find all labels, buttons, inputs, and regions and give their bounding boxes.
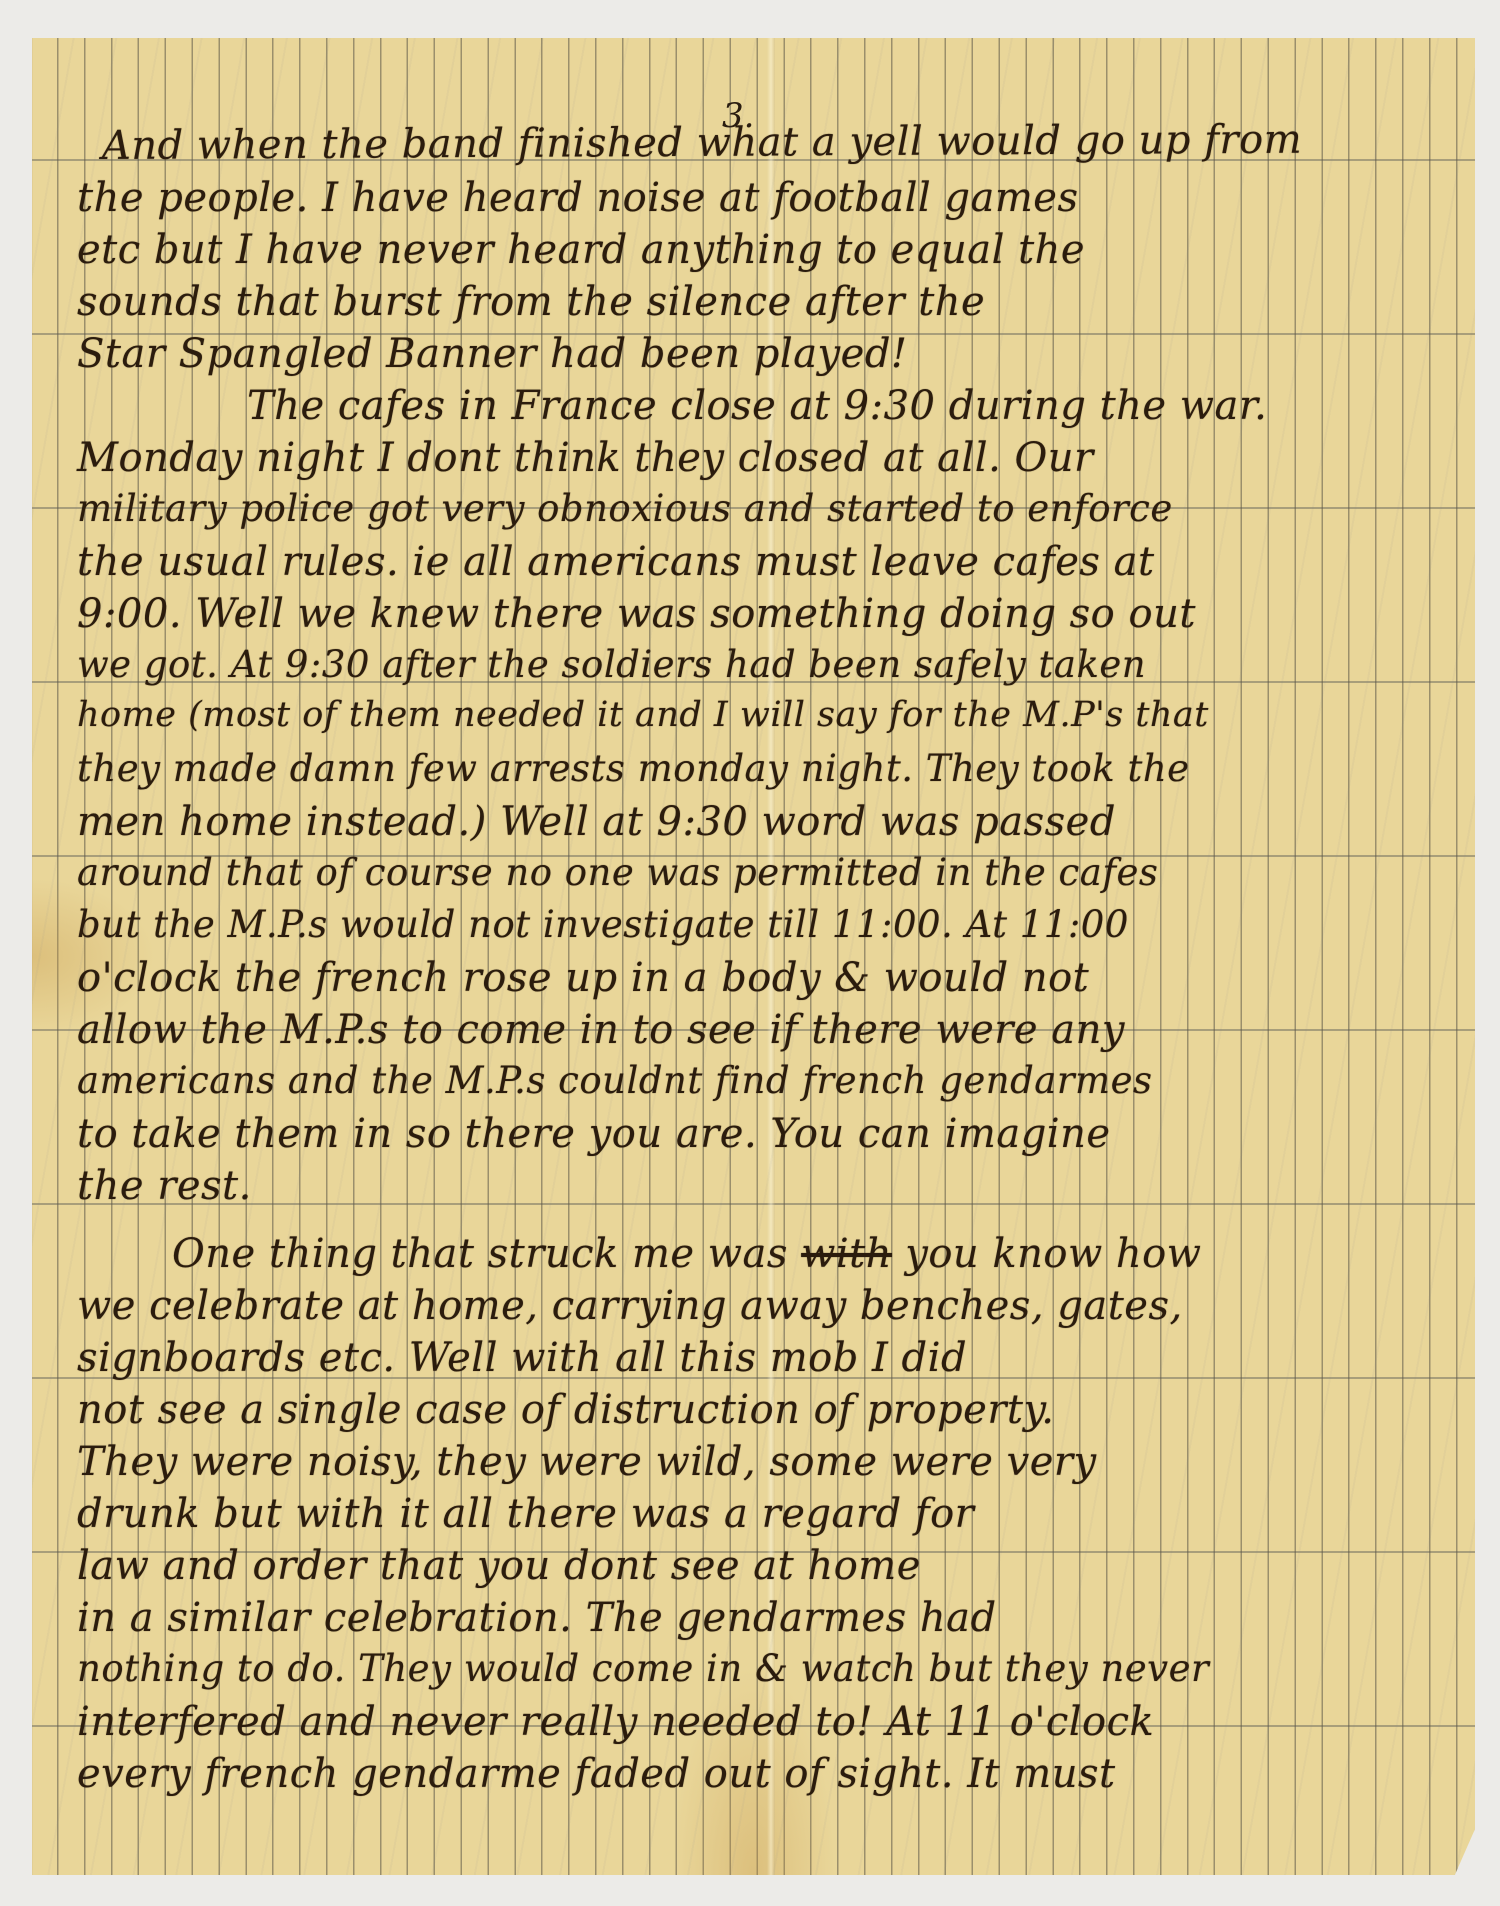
handwritten-line: around that of course no one was permitt…: [77, 851, 1158, 894]
handwritten-line: americans and the M.P.s couldnt find fre…: [77, 1059, 1153, 1102]
handwritten-line: we got. At 9:30 after the soldiers had b…: [77, 643, 1146, 686]
handwritten-line: but the M.P.s would not investigate till…: [77, 903, 1129, 946]
letter-page: 3. And when the band finished what a yel…: [32, 38, 1475, 1875]
handwritten-line: The cafes in France close at 9:30 during…: [247, 383, 1267, 429]
handwritten-line: o'clock the french rose up in a body & w…: [77, 955, 1089, 1001]
handwritten-line: they made damn few arrests monday night.…: [77, 747, 1190, 790]
handwritten-line: etc but I have never heard anything to e…: [77, 227, 1085, 273]
handwritten-line: allow the M.P.s to come in to see if the…: [77, 1007, 1125, 1053]
handwritten-line: Star Spangled Banner had been played!: [77, 331, 908, 377]
handwritten-line: we celebrate at home, carrying away benc…: [77, 1283, 1183, 1329]
handwritten-text: you know how: [892, 1231, 1202, 1277]
handwritten-line: interfered and never really needed to! A…: [77, 1699, 1154, 1745]
handwritten-line: sounds that burst from the silence after…: [77, 279, 985, 325]
handwritten-line: Monday night I dont think they closed at…: [77, 435, 1094, 481]
handwritten-line: not see a single case of distruction of …: [77, 1387, 1055, 1433]
handwritten-text: One thing that struck me was: [172, 1231, 788, 1277]
handwritten-line: every french gendarme faded out of sight…: [77, 1751, 1116, 1797]
handwritten-line: And when the band finished what a yell w…: [102, 117, 1302, 169]
handwritten-line: drunk but with it all there was a regard…: [77, 1491, 974, 1537]
handwritten-line: men home instead.) Well at 9:30 word was…: [77, 799, 1116, 845]
handwritten-line: They were noisy, they were wild, some we…: [77, 1439, 1097, 1485]
handwritten-line: home (most of them needed it and I will …: [77, 695, 1209, 735]
handwritten-line: 9:00. Well we knew there was something d…: [77, 591, 1196, 637]
handwritten-line: the rest.: [77, 1163, 252, 1209]
handwritten-line: law and order that you dont see at home: [77, 1543, 921, 1589]
handwritten-line: military police got very obnoxious and s…: [77, 487, 1173, 530]
handwritten-line: signboards etc. Well with all this mob I…: [77, 1335, 967, 1381]
struck-word: with: [801, 1231, 892, 1277]
handwritten-line: the usual rules. ie all americans must l…: [77, 539, 1155, 585]
handwritten-line: in a similar celebration. The gendarmes …: [77, 1595, 997, 1641]
handwritten-line: to take them in so there you are. You ca…: [77, 1111, 1111, 1157]
handwritten-line: nothing to do. They would come in & watc…: [77, 1647, 1209, 1690]
handwritten-line: the people. I have heard noise at footba…: [77, 175, 1078, 221]
handwritten-line: One thing that struck me was with you kn…: [172, 1231, 1202, 1277]
